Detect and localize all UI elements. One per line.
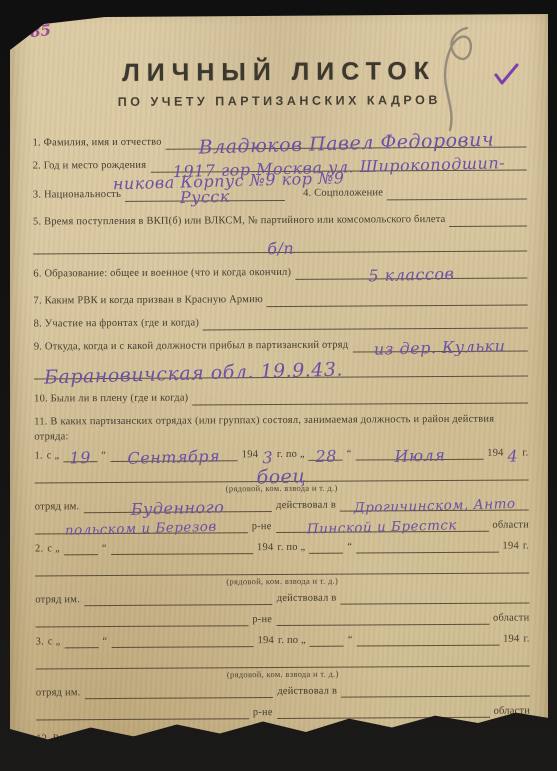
token-quote: “ [347,448,352,461]
handwritten-to-day: 28 [315,452,337,462]
token-year: 194 [257,542,273,555]
fill-line [203,313,528,330]
token-quote: “ [102,636,107,649]
handwritten-to-year-digit: 4 [508,452,519,461]
fill-line: 28 [309,446,343,461]
fill-line: Владюков Павел Федорович [166,132,527,149]
form-content: ЛИЧНЫЙ ЛИСТОК ПО УЧЕТУ ПАРТИЗАНСКИХ КАДР… [8,12,550,745]
handwritten-nationality: Русск [180,192,230,202]
field-surname-label: 1. Фамилия, имя и отчество [33,137,162,150]
handwritten-education: 5 классов [368,269,454,280]
field-units-label-line1: 11. В каких партизанских отрядах (или гр… [34,413,528,429]
fill-line [84,683,273,699]
entry-1-region-row: польском и Березов р-не Пинской и Брестс… [35,517,529,535]
entry-2-region-row: р-не области [35,610,529,628]
token-oblast: области [494,705,531,718]
entry-number: 2. [35,543,43,556]
token-acted-in: действовал в [277,685,337,698]
field-social-label: 4. Соцположение [289,188,383,201]
token-year: 194 [242,449,258,462]
field-fronts: 8. Участие на фронтах (где и когда) [34,313,528,331]
field-party: 5. Время поступления в ВКП(б) или ВЛКСМ,… [33,211,527,229]
entry-2-unit-row: отряд им. действовал в [35,589,529,607]
fill-line [84,590,273,606]
fill-line [35,559,529,577]
token-quote: “ [102,543,107,556]
token-oblast: области [493,612,530,625]
handwritten-from-year-digit: 3 [262,453,273,462]
fill-line [111,632,253,648]
form-subtitle: ПО УЧЕТУ ПАРТИЗАНСКИХ КАДРОВ [32,92,526,109]
token-otryad: отряд им. [36,687,81,700]
token-rne: р-не [253,707,273,720]
fill-line [449,211,527,226]
unit-entry-3: 3. с „ “ 194 г. по „ “ 194 г. (рядовой, … [36,631,531,721]
entry-3-rank-caption: (рядовой, ком. взвода и т. д.) [36,668,530,681]
field-nationality-label: 3. Национальность [33,189,121,202]
token-oblast: области [492,519,529,532]
entry-3-rank-row [36,652,530,670]
token-year: 194 [503,633,519,646]
handwritten-arrival: из дер. Кульки [374,341,506,354]
entry-number: 3. [36,636,44,649]
fill-line: польском и Березов [35,518,248,534]
fill-line: Сентября [110,446,238,462]
field-arrival-line2: Барановичская обл. 19.9.43. [34,361,528,379]
fill-line: из дер. Кульки [352,336,528,352]
fill-line [310,632,344,647]
entry-3-date-row: 3. с „ “ 194 г. по „ “ 194 г. [36,631,530,649]
token-from: с „ [47,543,60,556]
entry-2-rank-row [35,559,529,577]
handwritten-wounds: не имеет [219,734,322,746]
entry-3-unit-row: отряд им. действовал в [36,682,530,700]
fill-line: боец [35,466,529,484]
field-arrival-label: 9. Откуда, когда и с какой должности при… [34,340,349,355]
token-year: 194 [487,447,503,460]
fill-line [341,682,530,698]
fill-line [35,611,248,627]
entry-1-unit-row: отряд им. Буденного действовал в Дрогичи… [35,496,529,514]
form-title: ЛИЧНЫЙ ЛИСТОК [32,56,526,88]
fill-line: Июля [356,445,484,461]
entry-2-rank-caption: (рядовой, ком. взвода и т. д.) [35,575,529,588]
token-from: с „ [48,636,61,649]
fill-line [111,539,253,555]
token-year: 194 [258,635,274,648]
token-g: г. [523,633,529,646]
field-wounds: 12. Ранения и контузии (где и когда) не … [36,728,530,746]
entry-1-date-row: 1. с „ 19 “ Сентября 1943 г. по „ 28 “ И… [34,445,528,463]
handwritten-to-month: Июля [394,451,445,461]
fill-line: Барановичская обл. 19.9.43. [34,361,528,379]
fill-line [64,540,98,555]
handwritten-surname: Владюков Павел Федорович [198,136,494,153]
token-quote: “ [347,541,352,554]
fill-line: б/п [33,236,527,254]
fill-line: Дрогичинском, Анто [340,496,529,512]
handwritten-region: Пинской и Брестск [307,522,457,535]
field-surname: 1. Фамилия, имя и отчество Владюков Паве… [33,132,527,150]
handwritten-arrival-continued: Барановичская обл. 19.9.43. [44,365,343,382]
field-captivity: 10. Были ли в плену (где и когда) [34,388,528,406]
field-fronts-label: 8. Участие на фронтах (где и когда) [34,318,199,332]
fill-line: не имеет [209,728,530,745]
field-education-label: 6. Образование: общее и военное (что и к… [33,267,291,281]
entry-2-date-row: 2. с „ “ 194 г. по „ “ 194 г. [35,538,529,556]
token-otryad: отряд им. [35,594,80,607]
handwritten-from-month: Сентября [128,452,221,464]
fill-line [309,539,343,554]
field-units-label-line2: отряда: [34,428,528,444]
field-education: 6. Образование: общее и военное (что и к… [33,263,527,281]
fill-line [356,538,498,554]
fill-line [267,290,528,307]
token-rne: р-не [252,521,272,534]
token-quote: “ [101,450,106,463]
fill-line [277,703,490,719]
handwritten-party: б/п [267,244,294,254]
token-g-po: г. по „ [277,541,305,554]
unit-entry-2: 2. с „ “ 194 г. по „ “ 194 г. (рядовой, … [35,538,530,628]
fill-line: Буденного [83,497,272,513]
field-arrival: 9. Откуда, когда и с какой должности при… [34,336,528,354]
handwritten-from-day: 19 [70,453,92,463]
fill-line [64,633,98,648]
fill-line [36,704,249,720]
entry-1-rank-row: боец [35,466,529,484]
handwritten-area-2: польском и Березов [65,523,217,536]
fill-line: 5 классов [295,263,527,279]
field-rvk-label: 7. Каким РВК и когда призван в Красную А… [33,295,262,309]
token-quote: “ [348,634,353,647]
handwritten-unit-name: Буденного [131,503,225,515]
fill-line [387,184,527,200]
unit-entry-1: 1. с „ 19 “ Сентября 1943 г. по „ 28 “ И… [34,445,529,535]
field-captivity-label: 10. Были ли в плену (где и когда) [34,393,188,407]
entry-3-region-row: р-не области [36,703,530,721]
handwritten-area-1: Дрогичинском, Анто [353,500,515,513]
token-from: с „ [47,450,60,463]
field-birth-label: 2. Год и место рождения [33,160,147,173]
token-g: г. [522,447,528,460]
handwritten-rank: боец [257,473,307,483]
entry-number: 1. [34,450,42,463]
fill-line [340,589,529,605]
field-party-line2: б/п [33,236,527,254]
token-otryad: отряд им. [35,501,80,514]
token-g-po: г. по „ [278,634,306,647]
fill-line [276,610,489,626]
field-wounds-label: 12. Ранения и контузии (где и когда) [36,732,205,746]
fill-line: 19 [63,447,97,462]
form-paper: 85 ЛИЧНЫЙ ЛИСТОК ПО УЧЕТУ ПАРТИЗАНСКИХ К… [10,14,548,758]
fill-line [192,388,528,405]
fill-line [357,631,499,647]
token-g: г. [523,540,529,553]
token-acted-in: действовал в [277,592,337,605]
fill-line [36,652,530,670]
fill-line: Пинской и Брестск [276,517,489,533]
token-year: 194 [502,540,518,553]
field-rvk: 7. Каким РВК и когда призван в Красную А… [33,290,527,308]
token-g-po: г. по „ [277,448,305,461]
field-party-label: 5. Время поступления в ВКП(б) или ВЛКСМ,… [33,214,446,229]
token-rne: р-не [252,614,272,627]
token-acted-in: действовал в [276,499,336,512]
